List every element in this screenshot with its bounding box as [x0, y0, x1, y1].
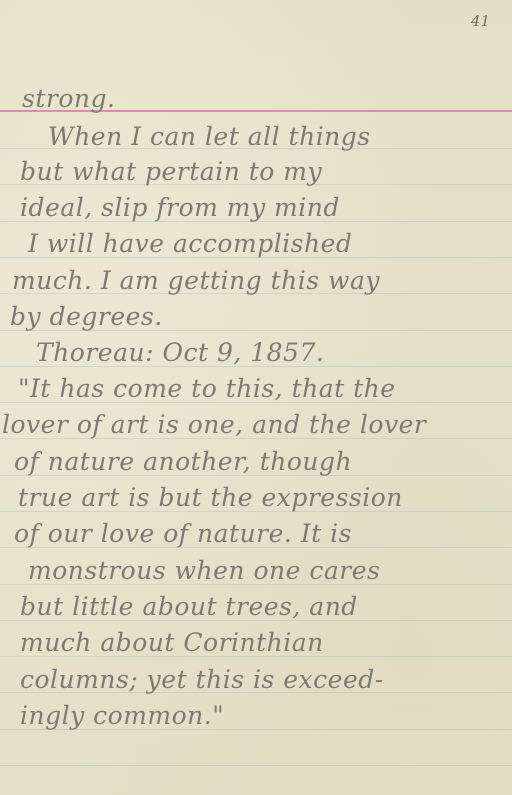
- text-line: but what pertain to my: [20, 157, 322, 187]
- text-line: of our love of nature. It is: [14, 519, 352, 549]
- text-line: monstrous when one cares: [28, 556, 380, 586]
- text-line: strong.: [22, 84, 115, 114]
- text-line: but little about trees, and: [20, 592, 358, 622]
- text-line: much about Corinthian: [20, 628, 324, 658]
- text-line: of nature another, though: [14, 447, 352, 477]
- text-line: ingly common.": [20, 701, 224, 731]
- text-line: ideal, slip from my mind: [20, 193, 340, 223]
- text-line: When I can let all things: [48, 122, 371, 152]
- page-number: 41: [471, 12, 490, 30]
- text-line: by degrees.: [10, 302, 163, 332]
- text-line: Thoreau: Oct 9, 1857.: [36, 338, 324, 368]
- text-line: lover of art is one, and the lover: [2, 410, 426, 440]
- text-line: "It has come to this, that the: [18, 374, 396, 404]
- text-line: true art is but the expression: [18, 483, 403, 513]
- notebook-page: 41 strong. When I can let all things but…: [0, 0, 512, 795]
- text-line: much. I am getting this way: [12, 266, 380, 296]
- text-line: columns; yet this is exceed-: [20, 665, 384, 695]
- text-line: I will have accomplished: [28, 229, 352, 259]
- ruled-line: [0, 765, 512, 766]
